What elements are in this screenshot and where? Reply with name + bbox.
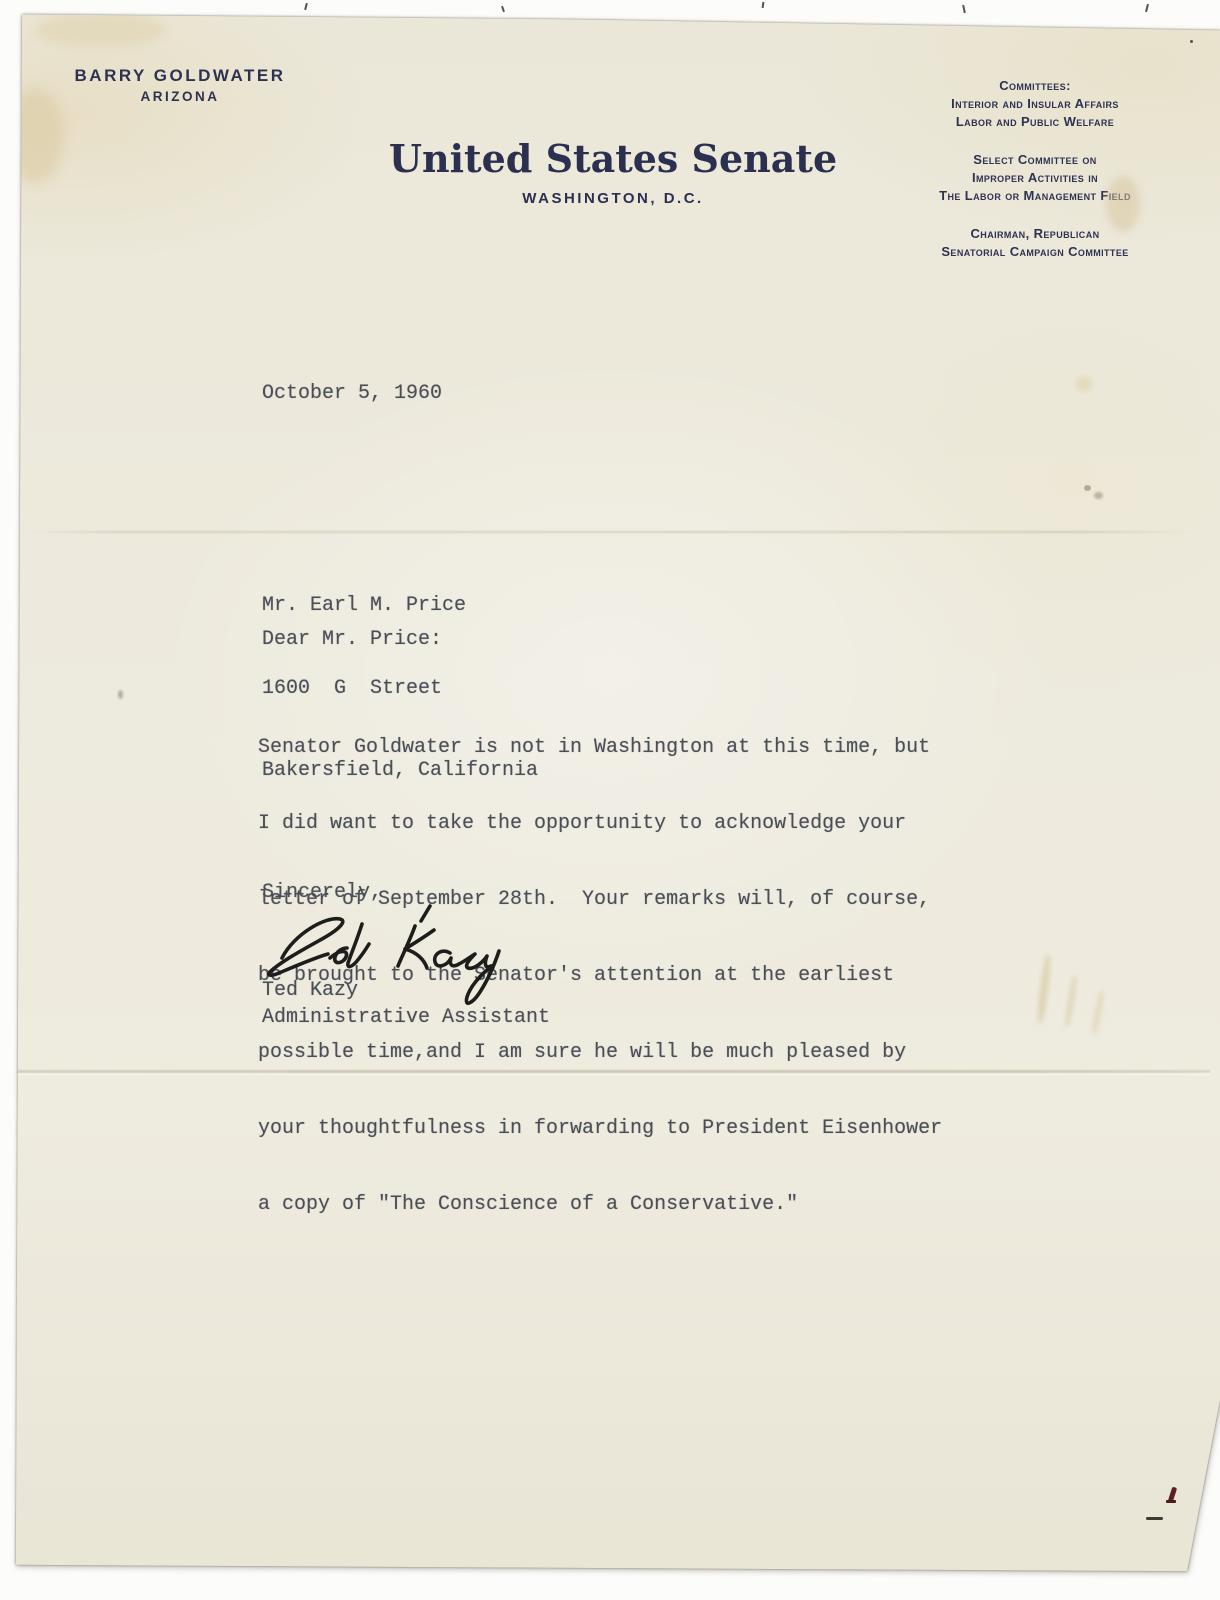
typed-signer-title: Administrative Assistant — [262, 1006, 550, 1029]
letterhead-title: United States Senate — [363, 136, 863, 181]
sender-name: BARRY GOLDWATER — [40, 66, 320, 86]
letter-date: October 5, 1960 — [262, 382, 442, 405]
stain-streak — [1091, 990, 1105, 1034]
speck-cluster — [1094, 492, 1103, 499]
committees-group: Committees: Interior and Insular Affairs… — [885, 77, 1185, 131]
chairmanship-line: Senatorial Campaign Committee — [885, 243, 1185, 261]
letterhead-committees-block: Committees: Interior and Insular Affairs… — [885, 77, 1185, 281]
body-line: a copy of "The Conscience of a Conservat… — [258, 1192, 942, 1217]
red-pen-mark — [1166, 1500, 1176, 1503]
red-pen-mark — [1168, 1487, 1177, 1503]
select-committee-group: Select Committee on Improper Activities … — [885, 151, 1185, 205]
committees-heading: Committees: — [885, 77, 1185, 95]
letter-paper: BARRY GOLDWATER ARIZONA United States Se… — [0, 0, 1220, 1600]
body-line: I did want to take the opportunity to ac… — [258, 811, 942, 836]
chairmanship-line: Chairman, Republican — [885, 225, 1185, 243]
stain-streak — [1064, 975, 1078, 1027]
stain — [118, 690, 123, 699]
body-line: your thoughtfulness in forwarding to Pre… — [258, 1116, 942, 1141]
pencil-dash — [1146, 1517, 1163, 1520]
chairmanship-group: Chairman, Republican Senatorial Campaign… — [885, 225, 1185, 261]
recipient-line: Mr. Earl M. Price — [262, 592, 538, 620]
speck-cluster — [1084, 485, 1091, 491]
sender-state: ARIZONA — [40, 89, 320, 104]
fold-crease-upper — [28, 531, 1193, 533]
select-committee-line: Improper Activities in — [885, 169, 1185, 187]
stain — [1076, 376, 1092, 392]
letterhead-sender-block: BARRY GOLDWATER ARIZONA — [40, 66, 320, 104]
stain — [36, 14, 166, 46]
body-line: Senator Goldwater is not in Washington a… — [258, 735, 942, 760]
letterhead-city: WASHINGTON, D.C. — [363, 190, 863, 207]
stain-streak — [1036, 955, 1052, 1023]
committee-item: Labor and Public Welfare — [885, 113, 1185, 131]
body-line: possible time,and I am sure he will be m… — [258, 1040, 942, 1065]
salutation: Dear Mr. Price: — [262, 628, 442, 651]
select-committee-line: Select Committee on — [885, 151, 1185, 169]
scanned-letter: BARRY GOLDWATER ARIZONA United States Se… — [0, 0, 1220, 1600]
typed-signer-name: Ted Kazy — [262, 979, 358, 1002]
committee-item: Interior and Insular Affairs — [885, 95, 1185, 113]
select-committee-line: The Labor or Management Field — [885, 187, 1185, 205]
